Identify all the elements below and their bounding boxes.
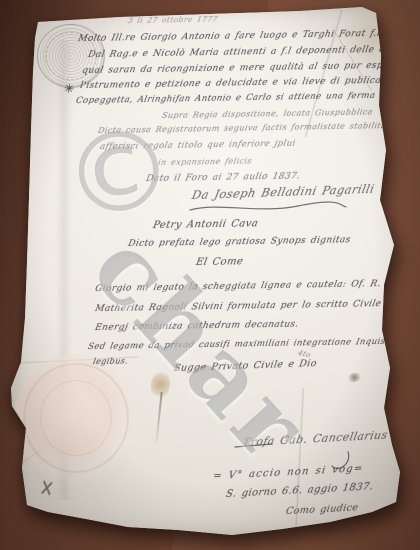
pencil-x-mark: ✕	[38, 476, 56, 502]
handwritten-line: Dicta causa Registratorum seguiva factis…	[97, 121, 420, 135]
ink-spot	[346, 371, 363, 383]
dateline: Dato il Foro ai 27 aulio 1837.	[145, 172, 301, 184]
closing-place-line: Como giudice	[285, 503, 359, 516]
stain-streak	[155, 392, 162, 444]
handwritten-line: Copeggetta, Alringhifan Antonio e Carlo …	[75, 91, 420, 106]
wax-seal-impression	[14, 354, 138, 482]
paper-sheet: ✳ ✕ 4to 3 li 27 ottobre 1777 Molto Ill.r…	[0, 0, 420, 550]
paper-surface: ✳ ✕ 4to 3 li 27 ottobre 1777 Molto Ill.r…	[0, 0, 420, 550]
signature-flourish	[188, 200, 348, 214]
handwritten-line: Energj combiniza cathedram decanatus.	[94, 320, 299, 333]
signature-joseph-belladini: Da Joseph Belladini Pagarilli	[191, 184, 376, 202]
signature-cancellarius: Trofa Gab. Cancellarius	[242, 429, 389, 448]
handwritten-line: legibus.	[92, 357, 129, 366]
handwritten-line: Petry Antonii Cava	[152, 219, 259, 231]
handwritten-line: Matherita Ragnoli Silvini formulata per …	[94, 299, 420, 314]
header-date-line: 3 li 27 ottobre 1777	[127, 15, 218, 24]
handwritten-line: El Come	[195, 257, 244, 268]
handwritten-line: Sugge Privato Civile e Dio	[173, 359, 317, 374]
handwritten-line: afferisci regola titolo que inferiore jp…	[99, 140, 296, 152]
handwritten-line: qual saran da ricongnizione e mere quali…	[81, 61, 420, 76]
handwritten-line: Sed legame da privad causifi maximiliani…	[87, 337, 411, 351]
photo-of-manuscript: ✳ ✕ 4to 3 li 27 ottobre 1777 Molto Ill.r…	[0, 0, 420, 550]
handwritten-line: in expansione felicis	[157, 157, 252, 167]
closing-date-line: S. giorno 6.6. aggio 1837.	[225, 482, 374, 500]
handwritten-line: Supra Regia dispositione, locata Giuspub…	[161, 108, 373, 120]
asterisk-mark: ✳	[63, 82, 75, 95]
court-note-line: = V° accio non si vog=	[212, 464, 364, 482]
handwritten-line: Giorgio mi legato la scheggiata lignea e…	[94, 279, 420, 294]
handwritten-line: Dicto prefata lego gratiosa Synops digni…	[127, 236, 351, 249]
